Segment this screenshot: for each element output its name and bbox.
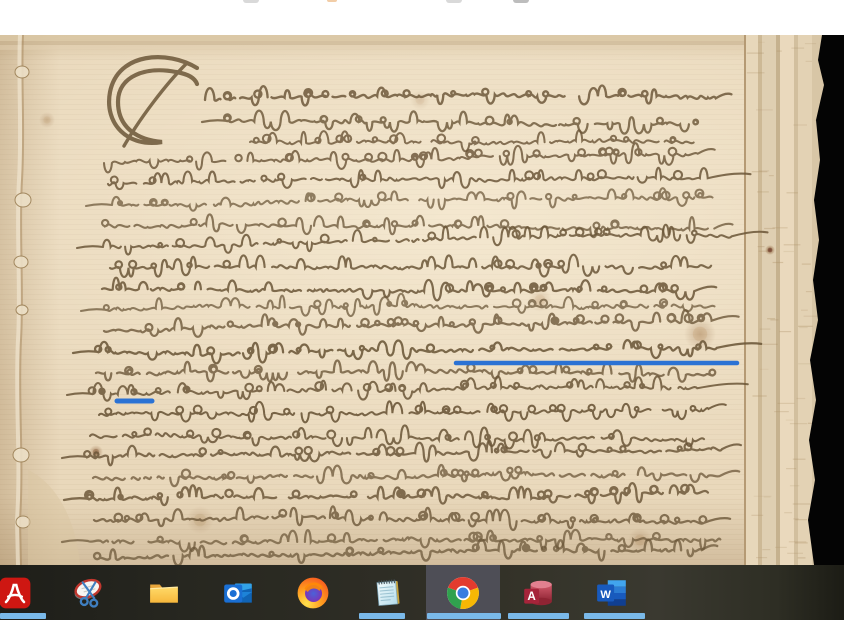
taskbar-item-chrome[interactable]: [426, 565, 500, 620]
handwriting-line: [104, 143, 715, 172]
taskbar-item-snipping[interactable]: [52, 565, 126, 620]
page-top-edge: [0, 35, 844, 41]
handwriting-line: [102, 278, 716, 301]
handwriting-line: [73, 340, 761, 363]
running-indicator-chrome: [427, 613, 501, 619]
page-edge-strip: [798, 35, 812, 565]
manuscript-photo: [0, 35, 844, 565]
binding-knot: [13, 448, 29, 462]
handwriting-line: [205, 86, 731, 106]
firefox-icon: [296, 576, 330, 610]
page-edge-strip: [744, 35, 746, 565]
handwriting-line: [64, 483, 708, 505]
handwriting-line: [67, 376, 748, 400]
binding-knot: [15, 193, 31, 207]
page-edge-strip: [776, 35, 780, 565]
handwriting-svg: [0, 35, 844, 565]
word-icon: W: [595, 576, 629, 610]
handwriting-lines: [62, 86, 768, 565]
running-indicator-word: [584, 613, 645, 619]
taskbar-item-acrobat[interactable]: [0, 565, 52, 620]
desktop-screen: A W: [0, 0, 844, 620]
explorer-icon: [147, 576, 181, 610]
svg-text:W: W: [600, 588, 611, 600]
taskbar-item-access[interactable]: A: [501, 565, 575, 620]
page-edge-strip: [762, 35, 776, 565]
page-fold: [28, 470, 80, 565]
handwriting-line: [62, 530, 720, 552]
acrobat-icon: [0, 576, 32, 610]
notepad-icon: [371, 576, 405, 610]
running-indicator-notepad: [359, 613, 405, 619]
running-indicator-access: [508, 613, 569, 619]
taskbar-item-outlook[interactable]: [201, 565, 275, 620]
handwriting-line: [108, 168, 750, 189]
handwriting-line: [62, 441, 741, 466]
tab-strip-artifact: [243, 0, 259, 3]
tab-strip-artifact: [446, 0, 462, 3]
binding-knot: [16, 516, 30, 528]
top-bar: [0, 0, 844, 35]
outlook-icon: [221, 576, 255, 610]
initial-flourish: [109, 57, 197, 146]
running-indicator-acrobat: [0, 613, 46, 619]
binding-knot: [14, 256, 28, 268]
tab-strip-artifact: [327, 0, 337, 2]
handwriting-line: [93, 465, 739, 486]
binding-seam: [17, 35, 20, 565]
handwriting-line: [86, 188, 712, 210]
taskbar: A W: [0, 565, 844, 620]
page-edge-strip: [758, 35, 762, 565]
taskbar-item-explorer[interactable]: [127, 565, 201, 620]
handwriting-line: [81, 294, 714, 316]
handwriting-line: [104, 310, 739, 337]
binding-knot: [16, 305, 28, 315]
taskbar-item-notepad[interactable]: [351, 565, 425, 620]
chrome-icon: [446, 576, 480, 610]
binding-knot: [15, 66, 29, 78]
handwriting-line: [202, 111, 698, 134]
handwriting-line: [99, 401, 726, 422]
taskbar-item-word[interactable]: W: [575, 565, 649, 620]
handwriting-line: [77, 225, 768, 255]
page-edge-strip: [746, 35, 758, 565]
handwriting-line: [90, 425, 704, 448]
taskbar-item-firefox[interactable]: [276, 565, 350, 620]
svg-text:A: A: [527, 589, 536, 602]
snipping-icon: [72, 576, 106, 610]
tab-strip-artifact: [513, 0, 529, 3]
access-icon: A: [521, 576, 555, 610]
handwriting-line: [110, 255, 711, 277]
